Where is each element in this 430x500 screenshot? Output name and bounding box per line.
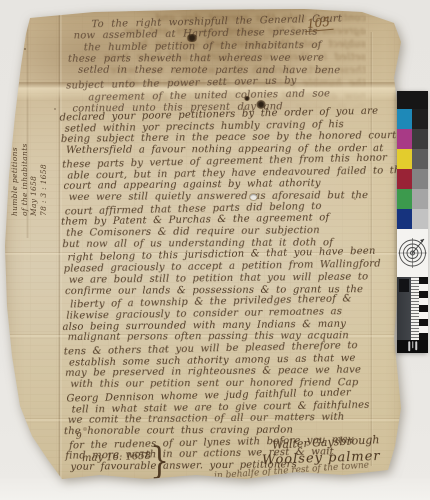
manuscript-paper-wrap: continued unto this present day andagree… <box>4 8 406 486</box>
docket-line: May 1658 <box>29 64 39 216</box>
ink-blot <box>244 96 250 101</box>
ink-blot <box>186 34 198 42</box>
ruler-block-scale <box>419 277 428 340</box>
gray-patch <box>412 189 428 209</box>
margin-mark: 9 <box>76 432 82 442</box>
ruler-tick-marks <box>411 277 419 340</box>
ink-blot <box>256 100 266 109</box>
ruler-dark-block <box>399 279 409 292</box>
manuscript-paper: continued unto this present day andagree… <box>4 8 406 486</box>
docket-line: of the inhabitants <box>20 64 30 216</box>
color-patch-row <box>397 129 428 149</box>
calibration-maker-label <box>397 340 428 353</box>
page-number: 105 <box>303 15 333 32</box>
ruler-white-scale <box>411 277 428 340</box>
gray-patch <box>412 209 428 229</box>
docket-vertical-endorsement: humble petitionsof the inhabitantsMay 16… <box>10 64 48 216</box>
registration-target-icon <box>397 229 428 277</box>
archival-photograph: continued unto this present day andagree… <box>0 0 430 500</box>
gray-patch <box>412 169 428 189</box>
docket-line: humble petitions <box>10 64 20 216</box>
paper-specks <box>24 48 26 50</box>
label-micro-text <box>408 342 417 352</box>
manuscript-body-lines: declared your poore petitioners by the o… <box>59 107 390 474</box>
color-patch <box>397 109 412 129</box>
color-patch <box>397 149 412 169</box>
color-patch-row <box>397 109 428 129</box>
gray-patch <box>412 109 428 129</box>
color-patch-row <box>397 149 428 169</box>
calibration-black-header <box>397 91 428 109</box>
closing-brace: } <box>150 441 169 483</box>
gray-patch <box>412 129 428 149</box>
color-patch-rows <box>397 109 428 229</box>
gray-patch <box>412 149 428 169</box>
color-patch-row <box>397 209 428 229</box>
ruler-scale <box>397 277 428 340</box>
color-patch-row <box>397 189 428 209</box>
ruler-dark-bar <box>397 277 411 340</box>
color-patch <box>397 169 412 189</box>
color-patch-row <box>397 169 428 189</box>
docket-line: 78 : 3 : 1658 <box>39 64 49 216</box>
color-patch <box>397 129 412 149</box>
color-patch <box>397 189 412 209</box>
color-calibration-target <box>397 91 428 353</box>
paper-hole <box>250 194 257 200</box>
color-patch <box>397 209 412 229</box>
